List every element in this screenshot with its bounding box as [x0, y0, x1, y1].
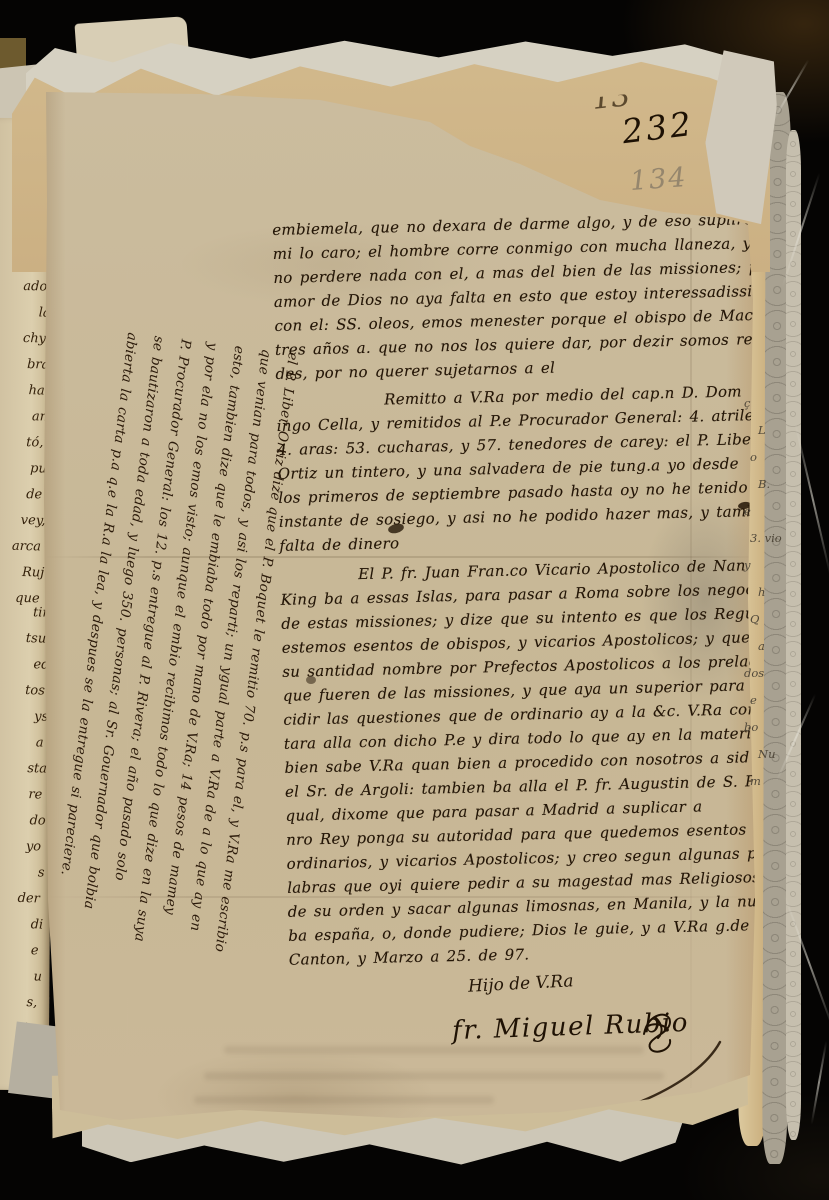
paper-fiber [811, 1041, 827, 1125]
text-fragment: e [750, 693, 784, 707]
text-fragment: yo [0, 833, 41, 860]
text-fragment: sta [0, 755, 47, 782]
page-edge-light [786, 130, 801, 1140]
text-fragment: a [758, 639, 784, 653]
text-fragment: do [0, 807, 46, 834]
manuscript-photo: akanavcadolachybrahaantó,pudevey,arcaRuj… [0, 0, 829, 1200]
letter-page: el P. Liber Ortiz dize que el P. Boquet … [44, 88, 762, 1128]
text-fragment: Ruj [0, 559, 45, 586]
left-page-fragments-lower: tintsuedtosysastaredoyosderdieus,itey [0, 599, 51, 1068]
ink-blot [306, 676, 316, 684]
text-fragment: ç [744, 396, 784, 410]
text-fragment: de [0, 481, 42, 508]
text-fragment: e [744, 504, 784, 518]
text-fragment: m [750, 774, 784, 788]
text-fragment: u [0, 963, 42, 990]
paragraph-2: Remitto a V.Ra por medio del cap.n D. Do… [276, 379, 772, 558]
text-fragment: re [0, 781, 43, 808]
text-fragment: ha [0, 377, 45, 404]
text-fragment: s [0, 859, 45, 886]
text-fragment: tsu [0, 625, 46, 652]
text-fragment: di [0, 911, 43, 938]
folio-number-pencil: 134 [629, 162, 689, 197]
text-fragment: tó, [0, 429, 44, 456]
text-fragment: arca [0, 533, 41, 560]
text-fragment: Q [750, 612, 784, 626]
text-fragment: der [0, 885, 40, 912]
text-fragment: ado [1, 273, 48, 300]
text-fragment: tos [0, 677, 45, 704]
text-fragment: ed [0, 651, 50, 678]
text-fragment: s, [0, 989, 38, 1016]
paragraph-1: embiemela, que no dexara de darme algo, … [272, 207, 768, 386]
text-fragment: la [0, 299, 51, 326]
text-fragment: h [758, 585, 784, 599]
text-fragment: L [758, 423, 784, 437]
text-fragment: y [744, 558, 784, 572]
text-fragment: chy [0, 325, 46, 352]
text-fragment: bo [744, 720, 784, 734]
text-fragment: a [0, 729, 44, 756]
text-fragment: B. [758, 477, 784, 491]
text-fragment: tin [0, 599, 51, 626]
letter-closing: Hijo de V.Ra [468, 971, 574, 996]
text-fragment: Nu [758, 747, 784, 761]
text-fragment: ys [0, 703, 49, 730]
right-edge-fragments: çLoB.e3. vioyhQadoseboNum [744, 396, 784, 788]
text-fragment: vey, [0, 507, 46, 534]
text-fragment: e [0, 937, 39, 964]
paragraph-3: El P. fr. Juan Fran.co Vicario Apostolic… [280, 553, 781, 972]
letter-body: embiemela, que no dexara de darme algo, … [272, 207, 781, 972]
paper-fiber [773, 59, 809, 120]
text-fragment: 3. vio [750, 531, 784, 545]
text-fragment: bra [0, 351, 50, 378]
text-fragment: an [0, 403, 48, 430]
text-fragment: pu [0, 455, 47, 482]
folio-number-ink: 232 [620, 104, 696, 151]
text-fragment: dos [744, 666, 784, 680]
marginal-note: el P. Liber Ortiz dize que el P. Boquet … [38, 331, 306, 999]
text-fragment: o [750, 450, 784, 464]
